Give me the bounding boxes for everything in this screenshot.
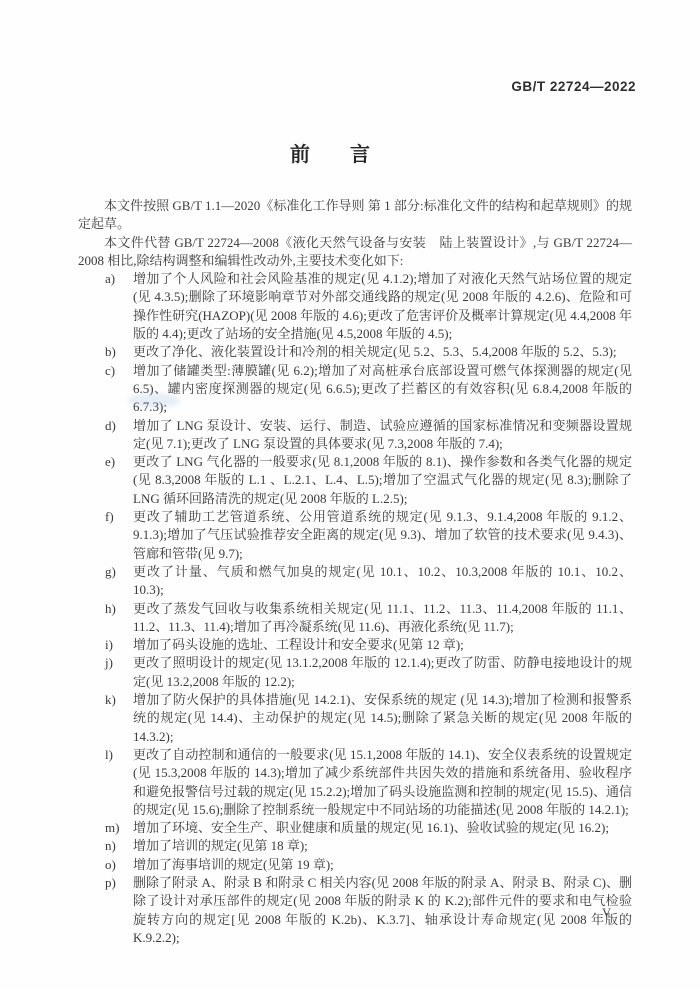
list-item-text: 更改了 LNG 气化器的一般要求(见 8.1,2008 年版的 8.1)、操作参… xyxy=(133,454,632,506)
list-item-letter: c) xyxy=(105,362,129,380)
list-item: a) 增加了个人风险和社会风险基准的规定(见 4.1.2);增加了对液化天然气站… xyxy=(105,270,632,343)
page-number: V xyxy=(602,906,611,921)
list-item-text: 增加了环境、安全生产、职业健康和质量的规定(见 16.1)、验收试验的规定(见 … xyxy=(133,820,609,835)
list-item: e) 更改了 LNG 气化器的一般要求(见 8.1,2008 年版的 8.1)、… xyxy=(105,453,632,508)
intro-paragraph: 本文件按照 GB/T 1.1—2020《标准化工作导则 第 1 部分:标准化文件… xyxy=(78,197,632,234)
list-item: g) 更改了计量、气质和燃气加臭的规定(见 10.1、10.2、10.3,200… xyxy=(105,563,632,600)
list-item-letter: p) xyxy=(105,874,129,892)
foreword-body: 本文件按照 GB/T 1.1—2020《标准化工作导则 第 1 部分:标准化文件… xyxy=(78,197,632,947)
list-item-text: 增加了培训的规定(见第 18 章); xyxy=(133,838,308,853)
list-item-text: 更改了计量、气质和燃气加臭的规定(见 10.1、10.2、10.3,2008 年… xyxy=(133,564,632,597)
page-title: 前 言 xyxy=(0,138,660,167)
list-item: b) 更改了净化、液化装置设计和冷剂的相关规定(见 5.2、5.3、5.4,20… xyxy=(105,343,632,361)
list-item-text: 更改了自动控制和通信的一般要求(见 15.1,2008 年版的 14.1)、安全… xyxy=(133,747,632,817)
list-item-text: 增加了 LNG 泵设计、安装、运行、制造、试验应遵循的国家标准情况和变频器设置规… xyxy=(133,418,632,451)
list-item-text: 增加了个人风险和社会风险基准的规定(见 4.1.2);增加了对液化天然气站场位置… xyxy=(133,271,632,341)
list-item: h) 更改了蒸发气回收与收集系统相关规定(见 11.1、11.2、11.3、11… xyxy=(105,600,632,637)
list-item-letter: d) xyxy=(105,417,129,435)
list-item-letter: k) xyxy=(105,691,129,709)
list-item-letter: o) xyxy=(105,856,129,874)
list-item: o) 增加了海事培训的规定(见第 19 章); xyxy=(105,856,632,874)
list-item-letter: m) xyxy=(105,819,129,837)
list-item-letter: h) xyxy=(105,600,129,618)
intro-paragraph: 本文件代替 GB/T 22724—2008《液化天然气设备与安装 陆上装置设计》… xyxy=(78,234,632,271)
intro-paragraphs: 本文件按照 GB/T 1.1—2020《标准化工作导则 第 1 部分:标准化文件… xyxy=(78,197,632,270)
list-item: k) 增加了防火保护的具体措施(见 14.2.1)、安保系统的规定 (见 14.… xyxy=(105,691,632,746)
list-item-letter: l) xyxy=(105,746,129,764)
list-item-letter: g) xyxy=(105,563,129,581)
list-item: d) 增加了 LNG 泵设计、安装、运行、制造、试验应遵循的国家标准情况和变频器… xyxy=(105,417,632,454)
list-item-letter: a) xyxy=(105,270,129,288)
list-item-letter: j) xyxy=(105,654,129,672)
list-item: j) 更改了照明设计的规定(见 13.1.2,2008 年版的 12.1.4);… xyxy=(105,654,632,691)
list-item: p) 删除了附录 A、附录 B 和附录 C 相关内容(见 2008 年版的附录 … xyxy=(105,874,632,947)
list-item: n) 增加了培训的规定(见第 18 章); xyxy=(105,837,632,855)
list-item-text: 删除了附录 A、附录 B 和附录 C 相关内容(见 2008 年版的附录 A、附… xyxy=(133,875,632,945)
list-item-text: 更改了净化、液化装置设计和冷剂的相关规定(见 5.2、5.3、5.4,2008 … xyxy=(133,344,617,359)
list-item-text: 更改了蒸发气回收与收集系统相关规定(见 11.1、11.2、11.3、11.4,… xyxy=(133,601,632,634)
list-item: l) 更改了自动控制和通信的一般要求(见 15.1,2008 年版的 14.1)… xyxy=(105,746,632,819)
list-item-letter: e) xyxy=(105,453,129,471)
list-item-letter: f) xyxy=(105,508,129,526)
standard-number: GB/T 22724—2022 xyxy=(511,79,636,94)
list-item: f) 更改了辅助工艺管道系统、公用管道系统的规定(见 9.1.3、9.1.4,2… xyxy=(105,508,632,563)
list-item-letter: i) xyxy=(105,636,129,654)
list-item-text: 增加了码头设施的选址、工程设计和安全要求(见第 12 章); xyxy=(133,637,464,652)
document-page: GB/T 22724—2022 前 言 本文件按照 GB/T 1.1—2020《… xyxy=(0,0,700,989)
list-item-text: 增加了储罐类型:薄膜罐(见 6.2);增加了对高桩承台底部设置可燃气体探测器的规… xyxy=(133,363,632,415)
list-item-text: 更改了照明设计的规定(见 13.1.2,2008 年版的 12.1.4);更改了… xyxy=(133,655,632,688)
list-item-text: 增加了防火保护的具体措施(见 14.2.1)、安保系统的规定 (见 14.3);… xyxy=(133,692,632,744)
list-item-text: 增加了海事培训的规定(见第 19 章); xyxy=(133,857,334,872)
list-item: c) 增加了储罐类型:薄膜罐(见 6.2);增加了对高桩承台底部设置可燃气体探测… xyxy=(105,362,632,417)
list-item-text: 更改了辅助工艺管道系统、公用管道系统的规定(见 9.1.3、9.1.4,2008… xyxy=(133,509,632,561)
list-item-letter: b) xyxy=(105,343,129,361)
list-item: m) 增加了环境、安全生产、职业健康和质量的规定(见 16.1)、验收试验的规定… xyxy=(105,819,632,837)
list-item-letter: n) xyxy=(105,837,129,855)
list-item: i) 增加了码头设施的选址、工程设计和安全要求(见第 12 章); xyxy=(105,636,632,654)
changes-list: a) 增加了个人风险和社会风险基准的规定(见 4.1.2);增加了对液化天然气站… xyxy=(105,270,632,947)
